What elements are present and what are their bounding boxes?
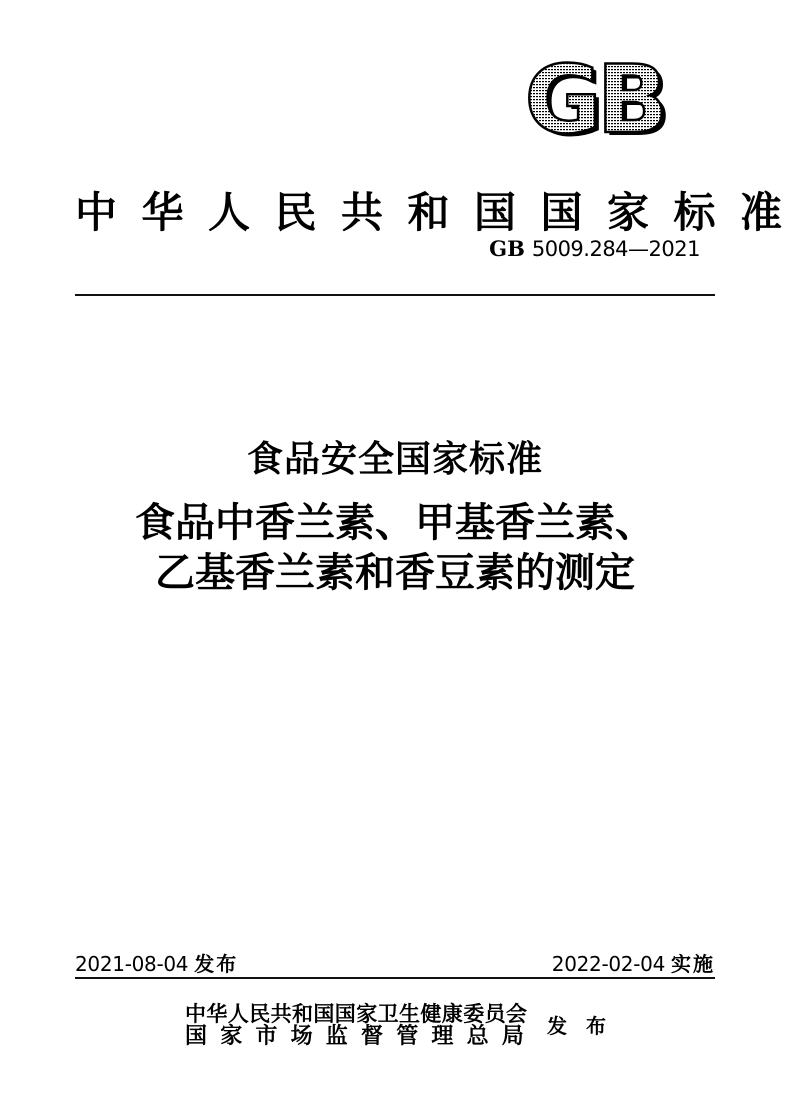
standard-number-code: 5009.284—2021 [532,237,700,261]
doc-title-line1: 食品安全国家标准 [0,440,790,480]
standard-number-prefix: GB [489,236,525,261]
standard-cover-page: GB GB 中华人民共和国国家标准 GB5009.284—2021 食品安全国家… [0,0,790,1116]
issue-date-value: 2021-08-04 [75,952,188,976]
implementation-date-value: 2022-02-04 [552,952,665,976]
gb-logo-icon: GB GB [512,54,676,144]
doc-title-line3: 乙基香兰素和香豆素的测定 [0,551,790,595]
standard-number: GB5009.284—2021 [489,237,700,261]
footer-divider [75,977,715,979]
gb-logo-face-text: GB [525,54,664,144]
implementation-date: 2022-02-04实施 [552,953,715,975]
doc-title-line2: 食品中香兰素、甲基香兰素、 [0,501,790,545]
issuer-market-regulation: 国家市场监督管理总局 [185,1025,531,1048]
issuing-agencies: 中华人民共和国国家卫生健康委员会 国家市场监督管理总局 [185,1002,531,1048]
issue-date-label: 发布 [194,952,238,976]
publish-label: 发 布 [547,1014,612,1038]
issuer-health-commission: 中华人民共和国国家卫生健康委员会 [185,1002,531,1025]
national-standard-header: 中华人民共和国国家标准 [75,190,790,236]
header-divider [75,294,715,296]
issue-date: 2021-08-04发布 [75,953,238,975]
implementation-date-label: 实施 [671,952,715,976]
